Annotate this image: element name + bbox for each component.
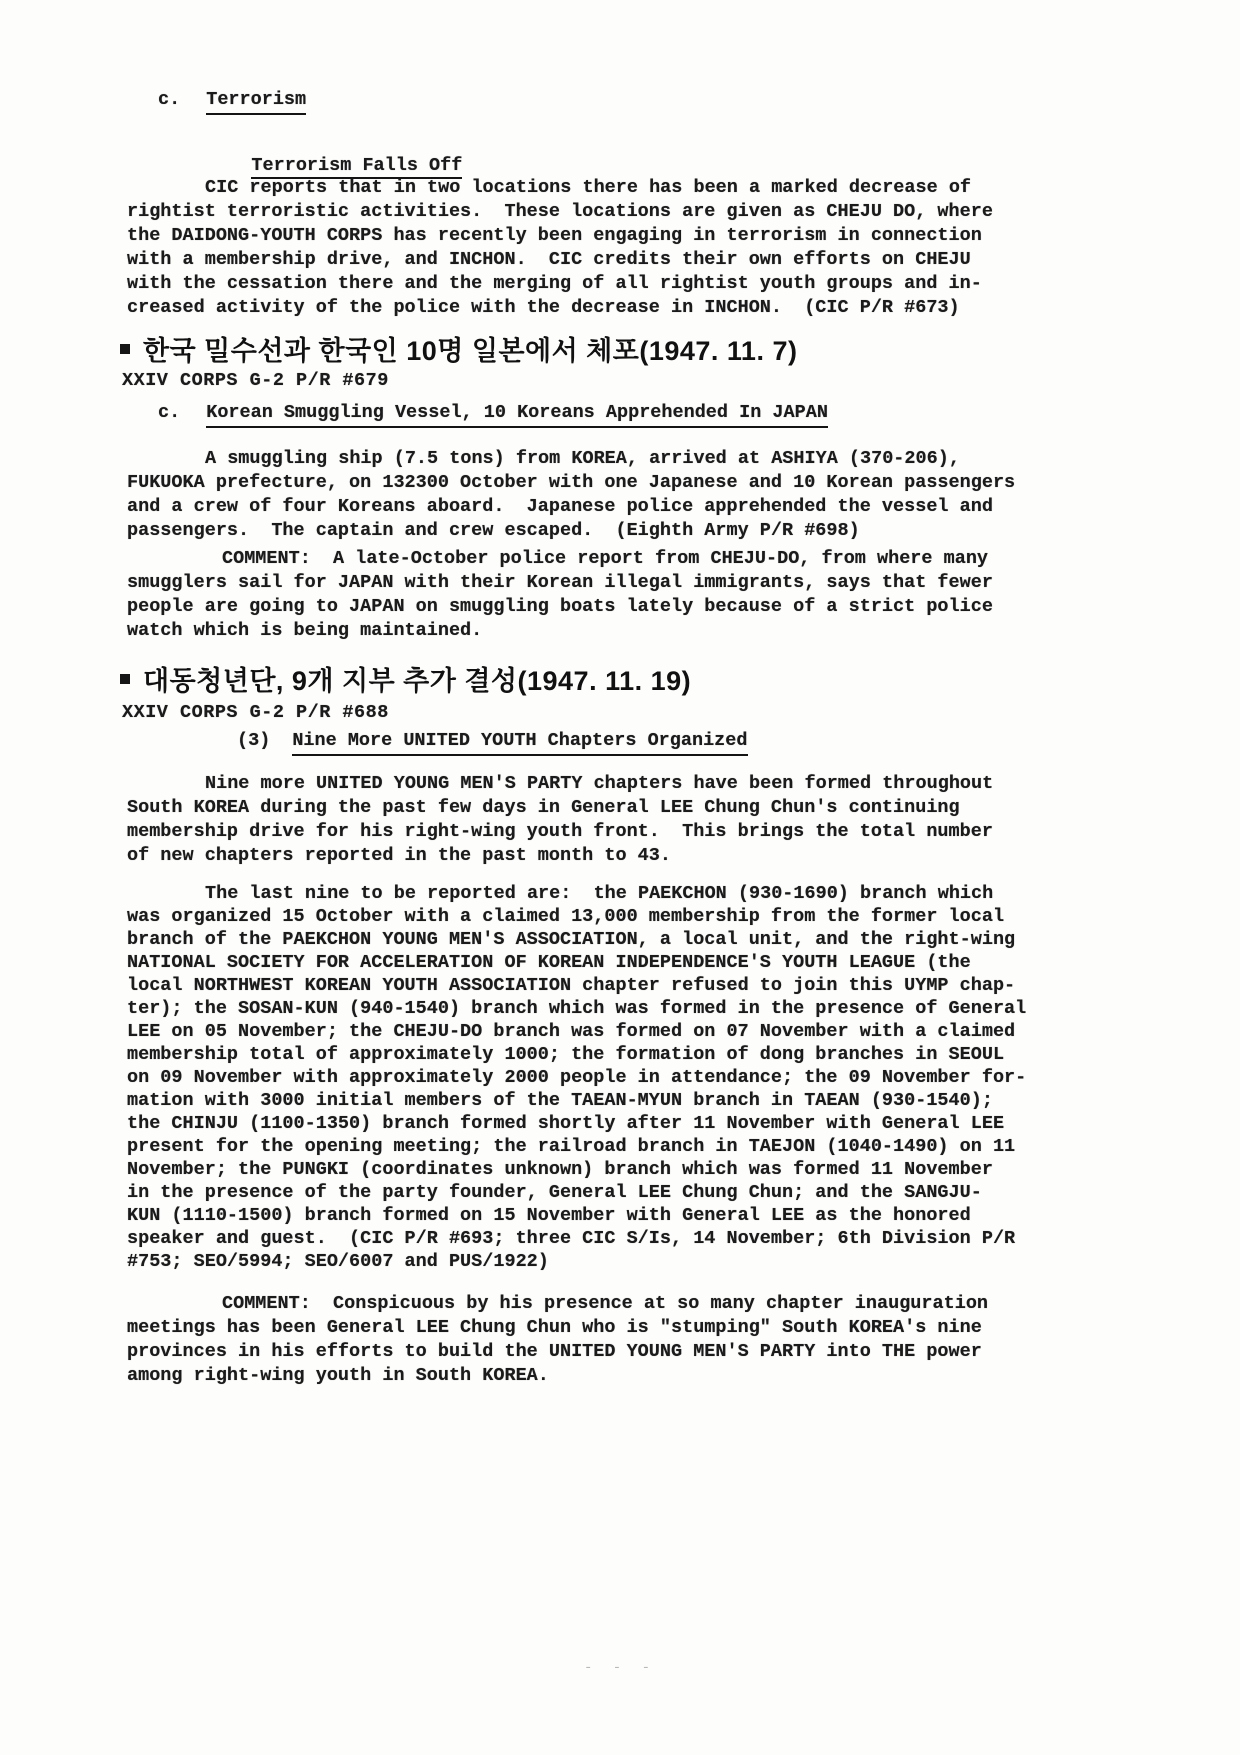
section-heading-terrorism: c. Terrorism — [158, 88, 306, 115]
section-title-terrorism: Terrorism — [206, 88, 306, 115]
section-label: c. — [158, 88, 180, 112]
korean-annotation-header-1: 한국 밀수선과 한국인 10명 일본에서 체포(1947. 11. 7) — [120, 329, 797, 368]
source-reference-2: XXIV CORPS G-2 P/R #688 — [122, 701, 389, 725]
square-bullet-icon — [120, 344, 130, 354]
korean-header-text: 대동청년단, 9개 지부 추가 결성(1947. 11. 19) — [143, 659, 691, 698]
korean-annotation-header-2: 대동청년단, 9개 지부 추가 결성(1947. 11. 19) — [120, 659, 691, 698]
paragraph-youth-1: Nine more UNITED YOUNG MEN'S PARTY chapt… — [127, 772, 1197, 868]
section-title-smuggling: Korean Smuggling Vessel, 10 Koreans Appr… — [206, 401, 828, 428]
section-label: c. — [158, 401, 180, 425]
paragraph-terrorism-body: CIC reports that in two locations there … — [127, 176, 1197, 320]
scanned-document-page: c. Terrorism Terrorism Falls Off CIC rep… — [0, 0, 1240, 1755]
square-bullet-icon — [120, 674, 130, 684]
paragraph-smuggling-body: A smuggling ship (7.5 tons) from KOREA, … — [127, 447, 1197, 543]
source-reference-1: XXIV CORPS G-2 P/R #679 — [122, 369, 389, 393]
paragraph-youth-2: The last nine to be reported are: the PA… — [127, 882, 1197, 1273]
page-separator-dashes: - - - — [0, 1660, 1240, 1676]
section-title-youth-chapters: Nine More UNITED YOUTH Chapters Organize… — [292, 729, 747, 756]
section-heading-smuggling: c. Korean Smuggling Vessel, 10 Koreans A… — [158, 401, 828, 428]
section-label: (3) — [237, 729, 270, 753]
korean-header-text: 한국 밀수선과 한국인 10명 일본에서 체포(1947. 11. 7) — [143, 329, 797, 368]
paragraph-youth-comment: COMMENT: Conspicuous by his presence at … — [127, 1292, 1197, 1388]
section-heading-youth-chapters: (3) Nine More UNITED YOUTH Chapters Orga… — [237, 729, 748, 756]
paragraph-smuggling-comment: COMMENT: A late-October police report fr… — [127, 547, 1197, 643]
